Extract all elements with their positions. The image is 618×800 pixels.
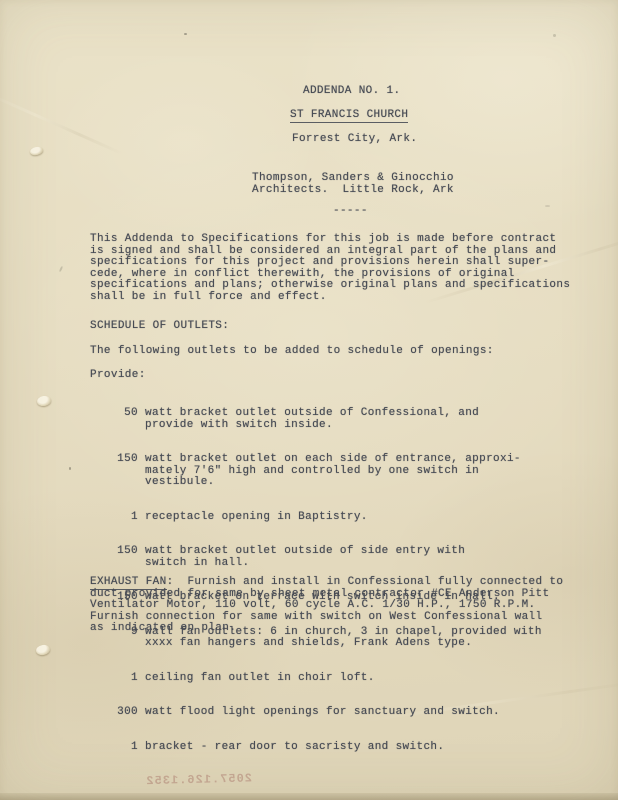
outlet-item: 1 ceiling fan outlet in choir loft.	[90, 673, 600, 685]
ink-speck	[69, 467, 71, 470]
addenda-number-title: ADDENDA NO. 1.	[303, 86, 400, 98]
ink-speck	[59, 266, 63, 272]
document-title: ST FRANCIS CHURCH	[290, 110, 408, 122]
firm-name: Thompson, Sanders & Ginocchio	[252, 173, 454, 185]
outlet-text: ceiling fan outlet in choir loft.	[145, 673, 585, 685]
outlet-item: 150 watt bracket outlet on each side of …	[90, 454, 600, 489]
outlet-item: 150 watt bracket outlet outside of side …	[90, 546, 600, 569]
ink-speck	[545, 205, 550, 207]
separator-dashes: -----	[333, 206, 368, 218]
outlet-item: 300 watt flood light openings for sanctu…	[90, 707, 600, 719]
outlet-text: watt flood light openings for sanctuary …	[145, 707, 585, 719]
outlet-text: watt bracket outlet outside of Confessio…	[145, 408, 585, 431]
outlet-qty: 1	[90, 742, 138, 754]
scan-bottom-edge	[0, 793, 618, 800]
outlet-item: 1 receptacle opening in Baptistry.	[90, 512, 600, 524]
outlet-text: receptacle opening in Baptistry.	[145, 512, 585, 524]
outlet-qty: 50	[90, 408, 138, 420]
intro-paragraph: This Addenda to Specifications for this …	[90, 234, 590, 303]
outlet-qty: 150	[90, 546, 138, 558]
exhaust-fan-paragraph: EXHAUST FAN: Furnish and install in Conf…	[90, 577, 590, 635]
punch-hole	[29, 146, 43, 157]
outlet-qty: 300	[90, 707, 138, 719]
provide-label: Provide:	[90, 370, 146, 382]
outlet-qty: 1	[90, 673, 138, 685]
outlet-item: 1 bracket - rear door to sacristy and sw…	[90, 742, 600, 754]
schedule-heading: SCHEDULE OF OUTLETS:	[90, 321, 229, 333]
schedule-intro: The following outlets to be added to sch…	[90, 346, 494, 358]
outlet-qty: 1	[90, 512, 138, 524]
outlet-text: bracket - rear door to sacristy and swit…	[145, 742, 585, 754]
document-location: Forrest City, Ark.	[292, 134, 417, 146]
paper-crease	[0, 88, 124, 156]
punch-hole	[35, 644, 51, 656]
ink-speck	[184, 33, 187, 35]
firm-address: Architects. Little Rock, Ark	[252, 185, 454, 197]
ink-speck	[553, 34, 556, 37]
outlet-text: watt bracket outlet outside of side entr…	[145, 546, 585, 569]
show-through-stamp: 2057.126.1352	[128, 771, 252, 788]
document-page: ADDENDA NO. 1. ST FRANCIS CHURCH Forrest…	[0, 0, 618, 800]
outlet-item: 50 watt bracket outlet outside of Confes…	[90, 408, 600, 431]
document-title-text: ST FRANCIS CHURCH	[290, 109, 408, 123]
punch-hole	[36, 395, 51, 407]
outlet-text: watt bracket outlet on each side of entr…	[145, 454, 585, 489]
outlet-qty: 150	[90, 454, 138, 466]
